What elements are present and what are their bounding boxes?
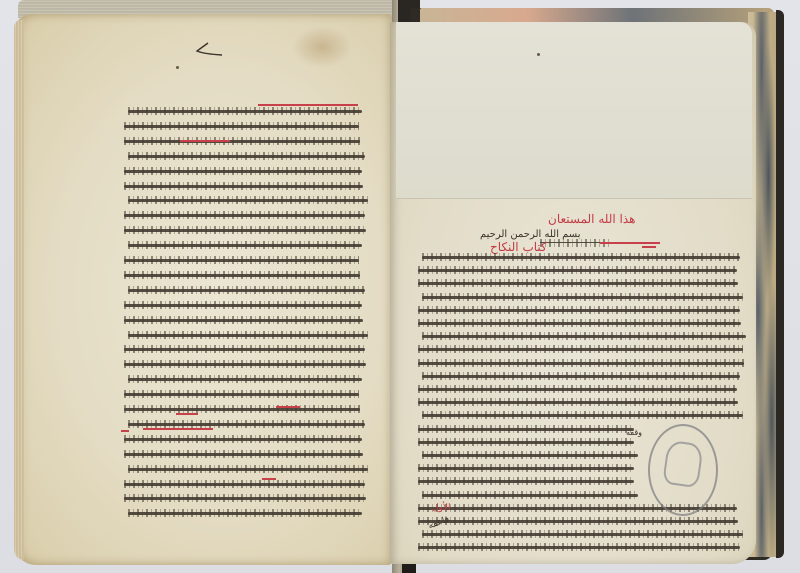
manuscript-line bbox=[124, 497, 366, 500]
rubric-overline bbox=[143, 428, 213, 430]
manuscript-line bbox=[124, 363, 366, 366]
rubric-overline bbox=[276, 406, 300, 408]
manuscript-line bbox=[422, 533, 743, 536]
manuscript-line bbox=[128, 512, 362, 515]
manuscript-line bbox=[422, 296, 743, 299]
manuscript-line bbox=[124, 170, 362, 173]
rubric-overline bbox=[642, 246, 656, 248]
paste-down-upper-leaf bbox=[396, 22, 752, 199]
manuscript-line bbox=[418, 441, 634, 444]
manuscript-line bbox=[124, 348, 365, 351]
manuscript-line bbox=[128, 244, 362, 247]
manuscript-line bbox=[418, 388, 737, 391]
manuscript-line bbox=[418, 428, 634, 431]
manuscript-line bbox=[128, 155, 365, 158]
water-stain bbox=[292, 26, 352, 68]
manuscript-line bbox=[124, 185, 363, 188]
manuscript-line bbox=[124, 319, 363, 322]
manuscript-line bbox=[418, 480, 634, 483]
ink-speck bbox=[176, 66, 179, 69]
seal-emblem-icon bbox=[662, 440, 704, 489]
rubric-overline bbox=[180, 140, 230, 142]
chapter-title: كتاب النكاح bbox=[490, 240, 547, 254]
manuscript-line bbox=[418, 348, 743, 351]
manuscript-line bbox=[124, 438, 362, 441]
rubric-overline bbox=[262, 478, 276, 480]
rubric-overline bbox=[258, 104, 358, 106]
manuscript-line bbox=[128, 199, 368, 202]
manuscript-line bbox=[124, 274, 360, 277]
manuscript-line bbox=[128, 378, 362, 381]
manuscript-line bbox=[128, 289, 365, 292]
manuscript-line bbox=[418, 309, 740, 312]
manuscript-line bbox=[124, 393, 359, 396]
manuscript-line bbox=[128, 334, 368, 337]
left-page-fore-edge bbox=[14, 20, 24, 560]
manuscript-line bbox=[418, 546, 740, 549]
manuscript-line bbox=[124, 304, 362, 307]
manuscript-line bbox=[124, 229, 366, 232]
manuscript-line bbox=[418, 401, 738, 404]
manuscript-line bbox=[128, 423, 365, 426]
manuscript-line bbox=[422, 494, 638, 497]
manuscript-line bbox=[418, 282, 738, 285]
ink-speck bbox=[537, 53, 540, 56]
manuscript-line bbox=[124, 483, 365, 486]
manuscript-line bbox=[124, 125, 359, 128]
manuscript-line bbox=[124, 259, 359, 262]
rubric-overline bbox=[176, 413, 198, 415]
manuscript-line bbox=[422, 454, 638, 457]
manuscript-line bbox=[418, 269, 737, 272]
pen-mark-icon bbox=[194, 42, 224, 56]
cover-edge bbox=[776, 10, 784, 558]
right-page-invocation: هذا الله المستعان bbox=[548, 212, 636, 226]
manuscript-line bbox=[422, 335, 746, 338]
manuscript-line bbox=[418, 467, 634, 470]
rubric-overline bbox=[121, 430, 129, 432]
manuscript-line bbox=[422, 375, 740, 378]
manuscript-line bbox=[124, 214, 365, 217]
manuscript-line bbox=[128, 468, 368, 471]
manuscript-line bbox=[124, 453, 363, 456]
manuscript-line bbox=[422, 256, 740, 259]
manuscript-line bbox=[418, 362, 744, 365]
manuscript-line bbox=[124, 140, 360, 143]
seal-stamp bbox=[648, 424, 718, 516]
seal-side-note: وقفه bbox=[626, 428, 642, 437]
end-marker: الأول bbox=[432, 503, 451, 513]
manuscript-line bbox=[128, 110, 362, 113]
manuscript-line bbox=[418, 520, 738, 523]
rubric-overline bbox=[600, 242, 660, 244]
manuscript-line bbox=[418, 322, 741, 325]
manuscript-line bbox=[124, 408, 360, 411]
manuscript-line bbox=[422, 414, 743, 417]
